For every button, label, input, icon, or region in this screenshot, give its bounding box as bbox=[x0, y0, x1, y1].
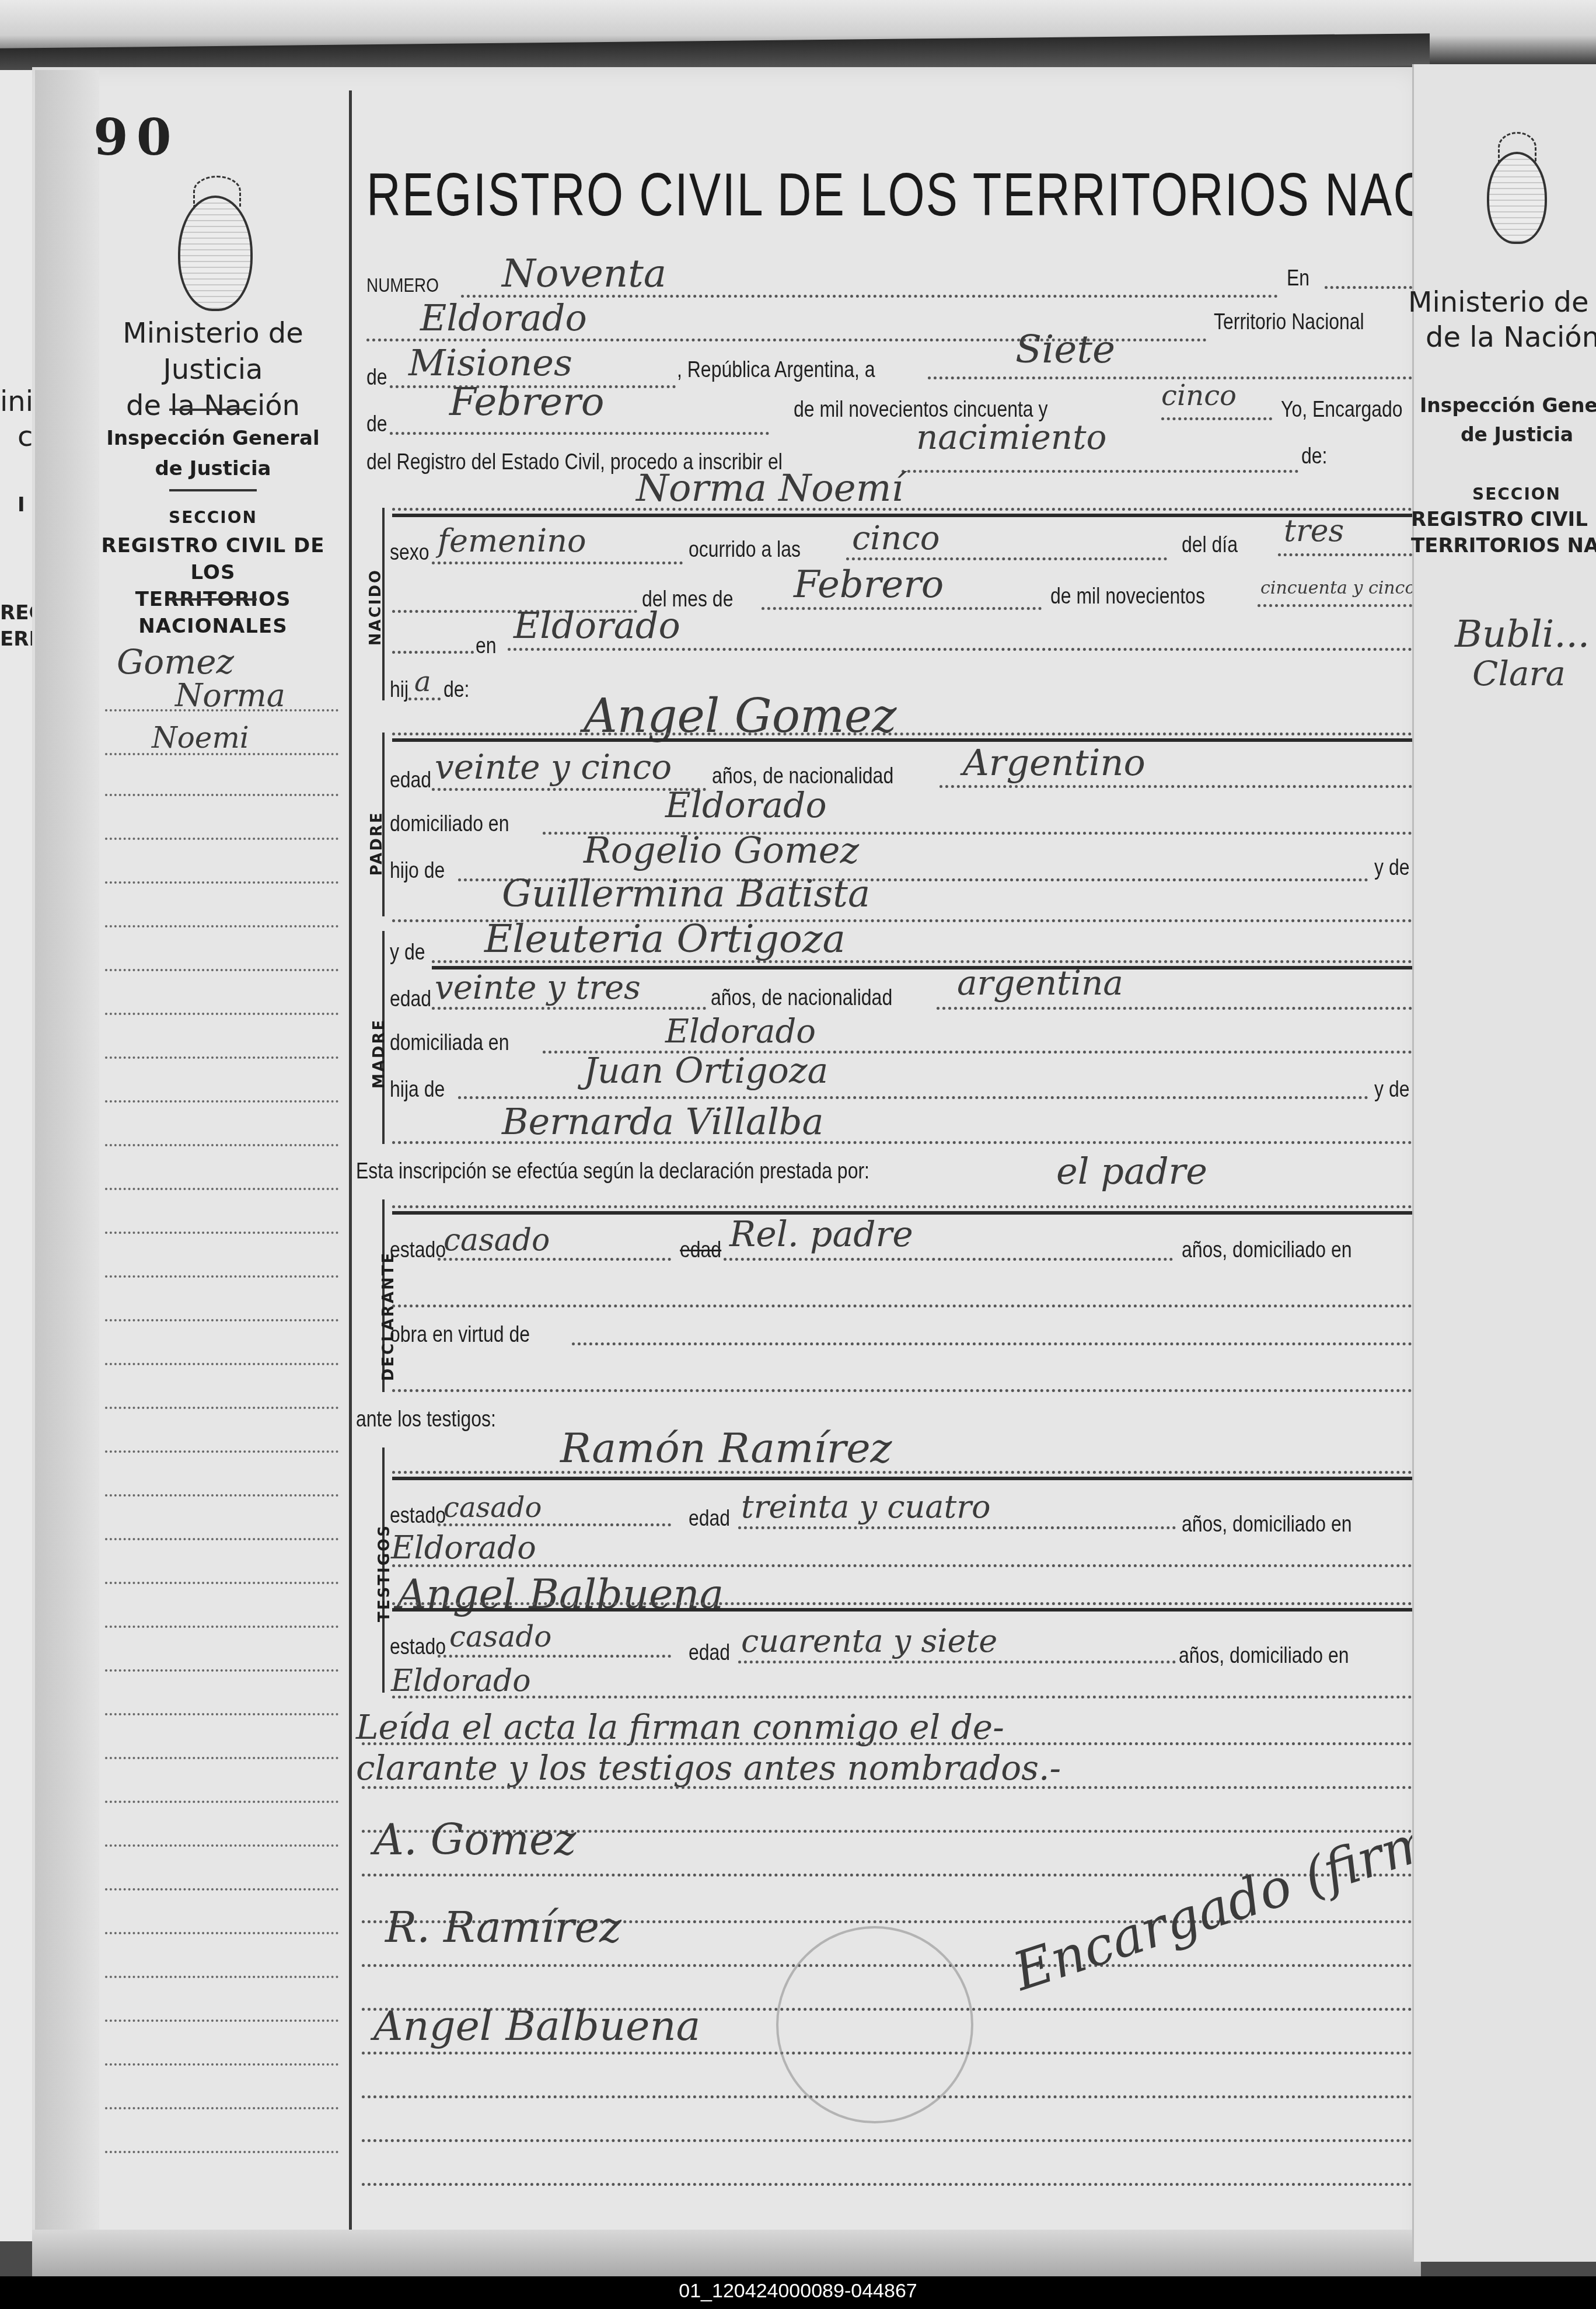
en-label: En bbox=[1287, 266, 1309, 291]
dia-value: Siete bbox=[1015, 327, 1115, 372]
madre-nombre-line bbox=[432, 960, 1412, 963]
right-ministry-line2: de la Nación bbox=[1426, 321, 1596, 354]
sexo-label: sexo bbox=[390, 540, 429, 566]
right-margin-note-1: Bubli... bbox=[1455, 613, 1590, 656]
obra-line bbox=[572, 1342, 1412, 1345]
y-de-madre-label: y de bbox=[390, 940, 425, 965]
testigo-1-edad-label: edad bbox=[689, 1506, 730, 1532]
stub-line bbox=[105, 2019, 338, 2022]
stub-inspection-line2: de Justicia bbox=[79, 454, 347, 484]
testigo-1-line-top bbox=[392, 1471, 1412, 1474]
right-section-line1: REGISTRO CIVIL DE LOS bbox=[1411, 508, 1596, 531]
madre-section-label: MADRE bbox=[371, 1019, 388, 1089]
mes-line bbox=[390, 432, 769, 435]
right-margin-note-2: Clara bbox=[1472, 654, 1566, 693]
sexo-value: femenino bbox=[438, 522, 586, 559]
stub-line bbox=[105, 1888, 338, 1891]
page-number: 90 bbox=[93, 108, 180, 167]
coat-of-arms-icon bbox=[178, 196, 253, 311]
stub-section-line1: REGISTRO CIVIL DE LOS bbox=[79, 532, 347, 586]
right-inspection-line2: de Justicia bbox=[1461, 423, 1573, 446]
stub-line bbox=[105, 1188, 338, 1190]
nacionalidad-padre-line bbox=[940, 785, 1412, 788]
stub-inspection-line1: Inspección General bbox=[79, 423, 347, 454]
stub-ministry-line2: de la Nación bbox=[79, 388, 347, 424]
firma-testigo-1: R. Ramírez bbox=[385, 1903, 621, 1952]
testigo-2-edad: cuarenta y siete bbox=[741, 1623, 997, 1659]
acto-value: nacimiento bbox=[916, 417, 1106, 457]
stub-section-label: SECCION bbox=[79, 508, 347, 527]
nacionalidad-madre-label: años, de nacionalidad bbox=[711, 985, 892, 1011]
testigo-2-edad-label: edad bbox=[689, 1640, 730, 1666]
lugar-value: Eldorado bbox=[514, 604, 680, 647]
testigo-1-edad-line bbox=[738, 1526, 1176, 1529]
de-colon-nac: de: bbox=[443, 677, 469, 703]
testigo-1-domicilio: Eldorado bbox=[391, 1529, 536, 1566]
coat-of-arms-icon bbox=[1487, 152, 1547, 244]
hora-value: cinco bbox=[852, 519, 940, 557]
padre-section-label: PADRE bbox=[368, 811, 386, 876]
encargado-label: Yo, Encargado bbox=[1281, 397, 1403, 423]
stub-line bbox=[105, 925, 338, 927]
right-ministry-line1: Ministerio de Justicia bbox=[1408, 286, 1596, 319]
cierre-line-2: clarante y los testigos antes nombrados.… bbox=[356, 1748, 1061, 1788]
stub-line bbox=[105, 1100, 338, 1103]
stub-line bbox=[105, 753, 338, 755]
stub-line bbox=[105, 1013, 338, 1015]
stub-section-line2: TERRITORIOS NACIONALES bbox=[79, 586, 347, 640]
numero-value: Noventa bbox=[502, 251, 666, 296]
divider bbox=[169, 409, 257, 411]
acto-line bbox=[902, 470, 1298, 473]
stub-section: REGISTRO CIVIL DE LOS TERRITORIOS NACION… bbox=[79, 532, 347, 640]
stub-line bbox=[105, 1538, 338, 1540]
stub-line bbox=[105, 1976, 338, 1978]
stub-line bbox=[105, 1757, 338, 1759]
blank-line bbox=[392, 1305, 1412, 1307]
stub-inspection: Inspección General de Justicia bbox=[79, 423, 347, 484]
numero-label: NUMERO bbox=[366, 274, 439, 297]
signature-line bbox=[362, 2139, 1412, 2142]
de-label: de bbox=[366, 365, 387, 390]
stub-line bbox=[105, 1319, 338, 1321]
back-page-fragment: ini bbox=[0, 385, 33, 418]
right-section-line2: TERRITORIOS NACIONALES bbox=[1411, 534, 1596, 557]
abuelo-materno-value: Juan Ortigoza bbox=[584, 1051, 828, 1091]
edad-madre-line bbox=[432, 1007, 706, 1010]
y-de-madre-label-2: y de bbox=[1374, 1077, 1409, 1103]
next-page: Ministerio de Justicia de la Nación Insp… bbox=[1412, 64, 1596, 2262]
hija-de-label: hija de bbox=[390, 1077, 445, 1103]
edad-madre-label: edad bbox=[390, 986, 431, 1012]
section-rule bbox=[392, 1608, 1412, 1612]
stub-line bbox=[105, 1582, 338, 1584]
nacionalidad-madre-line bbox=[937, 1007, 1412, 1010]
form-title: REGISTRO CIVIL DE LOS TERRITORIOS NACION… bbox=[366, 161, 1596, 230]
lugar-line bbox=[508, 648, 1412, 651]
right-section-label: SECCION bbox=[1472, 484, 1561, 504]
anio-nac-line bbox=[1258, 604, 1412, 607]
stub-line bbox=[105, 1275, 338, 1278]
blank-line bbox=[392, 1389, 1412, 1392]
back-page-fragment: I bbox=[18, 493, 25, 517]
edad-padre-label: edad bbox=[390, 768, 431, 793]
localidad-value: Eldorado bbox=[420, 297, 587, 339]
hora-line bbox=[846, 557, 1167, 560]
anio-line bbox=[1161, 417, 1272, 420]
stub-line bbox=[105, 2063, 338, 2066]
signature-line bbox=[362, 2183, 1412, 2186]
stub-ministry: Ministerio de Justicia de la Nación bbox=[79, 315, 347, 424]
stub-note-surname: Gomez bbox=[117, 642, 234, 682]
section-rule bbox=[392, 738, 1412, 742]
declaracion-value: el padre bbox=[1056, 1150, 1207, 1192]
stub-line bbox=[105, 2107, 338, 2109]
testigo-2-estado: casado bbox=[449, 1620, 551, 1654]
stub-line bbox=[105, 1450, 338, 1453]
hijo-suffix: a bbox=[414, 665, 431, 698]
dia-nac-value: tres bbox=[1284, 514, 1344, 549]
stub-line bbox=[105, 1232, 338, 1234]
stub-line bbox=[105, 709, 338, 711]
testigo-1-edad: treinta y cuatro bbox=[741, 1488, 991, 1525]
de-label-2: de bbox=[366, 411, 387, 437]
declarante-line-top bbox=[392, 1205, 1412, 1208]
testigo-2-estado-line bbox=[438, 1655, 671, 1658]
testigo-2-line-top bbox=[392, 1602, 1412, 1605]
stub-line bbox=[105, 1669, 338, 1672]
stub-divider bbox=[349, 90, 352, 2244]
abuela-materna-value: Bernarda Villalba bbox=[502, 1100, 823, 1143]
divider bbox=[169, 598, 257, 601]
declaracion-label: Esta inscripción se efectúa según la dec… bbox=[356, 1159, 869, 1184]
republica-label: , República Argentina, a bbox=[677, 357, 875, 383]
anio-nac-label: de mil novecientos bbox=[1050, 584, 1205, 609]
stub-line bbox=[105, 1494, 338, 1497]
stub-line bbox=[105, 1363, 338, 1365]
hijo-label: hij bbox=[390, 677, 408, 703]
stub-line bbox=[105, 1801, 338, 1803]
nacionalidad-madre-value: argentina bbox=[957, 963, 1123, 1003]
abuela-paterna-value: Guillermina Batista bbox=[502, 873, 870, 916]
en-line bbox=[1325, 286, 1412, 289]
territorio-label: Territorio Nacional bbox=[1214, 309, 1364, 335]
anio-nac-line-2 bbox=[392, 651, 474, 654]
section-rule bbox=[392, 514, 1412, 517]
mes-nac-value: Febrero bbox=[794, 563, 944, 606]
right-inspection-line1: Inspección General bbox=[1420, 394, 1596, 417]
abuelo-paterno-value: Rogelio Gomez bbox=[584, 829, 859, 871]
estado-declarante-value: casado bbox=[443, 1223, 550, 1258]
blank-line bbox=[392, 1564, 1412, 1567]
ante-testigos-label: ante los testigos: bbox=[356, 1407, 496, 1432]
madre-nombre-value: Eleuteria Ortigoza bbox=[484, 916, 846, 961]
stub-line bbox=[105, 1844, 338, 1847]
mes-value: Febrero bbox=[449, 379, 604, 424]
official-stamp bbox=[776, 1926, 973, 2123]
cierre-line-1: Leída el acta la firman conmigo el de- bbox=[356, 1707, 1004, 1747]
nacido-line-top bbox=[392, 508, 1412, 511]
nacido-section-label: NACIDO bbox=[367, 568, 385, 646]
back-page-fragment: c bbox=[18, 420, 33, 453]
padre-line-top bbox=[392, 733, 1412, 735]
firma-padre: A. Gomez bbox=[373, 1815, 576, 1864]
testigo-1-estado: casado bbox=[443, 1491, 542, 1524]
domicilio-padre-value: Eldorado bbox=[665, 785, 827, 826]
ocurrido-label: ocurrido a las bbox=[689, 537, 801, 563]
obra-label: obra en virtud de bbox=[390, 1322, 530, 1348]
hijo-de-padre-label: hijo de bbox=[390, 858, 445, 884]
hija-de-line bbox=[458, 1096, 1368, 1099]
en-nac-label: en bbox=[476, 633, 497, 659]
stub-line bbox=[105, 969, 338, 971]
image-identifier: 01_120424000089-044867 bbox=[0, 2280, 1596, 2303]
stub-note-name1: Norma bbox=[175, 677, 285, 714]
domicilio-declarante-label: años, domiciliado en bbox=[1182, 1237, 1352, 1263]
y-de-padre-label: y de bbox=[1374, 855, 1409, 881]
stub-line bbox=[105, 1713, 338, 1715]
stub-line bbox=[105, 838, 338, 840]
edad-padre-value: veinte y cinco bbox=[435, 747, 672, 787]
testigo-2-domicilio-label: años, domiciliado en bbox=[1179, 1643, 1349, 1669]
sexo-line bbox=[432, 561, 683, 564]
stub-line bbox=[105, 881, 338, 884]
testigo-1-domicilio-label: años, domiciliado en bbox=[1182, 1512, 1352, 1537]
cierre-line-rule bbox=[362, 1786, 1412, 1789]
estado-declarante-line bbox=[438, 1258, 671, 1261]
testigo-2-edad-line bbox=[738, 1661, 1176, 1663]
edad-declarante-line bbox=[724, 1258, 1173, 1261]
edad-declarante-label: edad bbox=[680, 1237, 721, 1263]
stub-line bbox=[105, 1056, 338, 1059]
edad-madre-value: veinte y tres bbox=[435, 969, 641, 1007]
nacionalidad-padre-value: Argentino bbox=[963, 741, 1146, 784]
stub-line bbox=[105, 1407, 338, 1409]
section-rule bbox=[392, 1477, 1412, 1480]
stub-line bbox=[105, 1932, 338, 1934]
mes-nac-line bbox=[762, 607, 1042, 610]
stub-line bbox=[105, 794, 338, 796]
blank-line bbox=[392, 1141, 1412, 1144]
cierre-line-rule bbox=[362, 1742, 1412, 1745]
dia-label: del día bbox=[1182, 532, 1238, 558]
stub-ministry-line1: Ministerio de Justicia bbox=[79, 315, 347, 388]
territorio-value: Misiones bbox=[408, 341, 572, 384]
dia-nac-line bbox=[1278, 553, 1412, 556]
testigo-1-nombre: Ramón Ramírez bbox=[560, 1424, 892, 1472]
firma-testigo-2: Angel Balbuena bbox=[373, 2002, 700, 2050]
domicilio-madre-label: domiciliada en bbox=[390, 1030, 509, 1056]
testigo-2-domicilio: Eldorado bbox=[391, 1663, 531, 1698]
worn-page-edge bbox=[32, 2230, 1421, 2276]
declarante-section-label: DECLARANTE bbox=[380, 1251, 397, 1382]
divider bbox=[169, 489, 257, 491]
anio-value: cinco bbox=[1161, 379, 1237, 412]
edad-declarante-value: Rel. padre bbox=[729, 1214, 913, 1255]
domicilio-madre-value: Eldorado bbox=[665, 1013, 816, 1051]
stub-line bbox=[105, 2151, 338, 2153]
de-colon-label: de: bbox=[1301, 444, 1327, 469]
nombre-value: Norma Noemí bbox=[636, 467, 903, 510]
stub-line bbox=[105, 1626, 338, 1628]
domicilio-padre-label: domiciliado en bbox=[390, 811, 509, 837]
stub-note-name2: Noemi bbox=[152, 721, 249, 755]
anio-nac-value: cincuenta y cinco bbox=[1260, 578, 1415, 598]
blank-line bbox=[392, 1696, 1412, 1698]
stub-line bbox=[105, 1144, 338, 1146]
